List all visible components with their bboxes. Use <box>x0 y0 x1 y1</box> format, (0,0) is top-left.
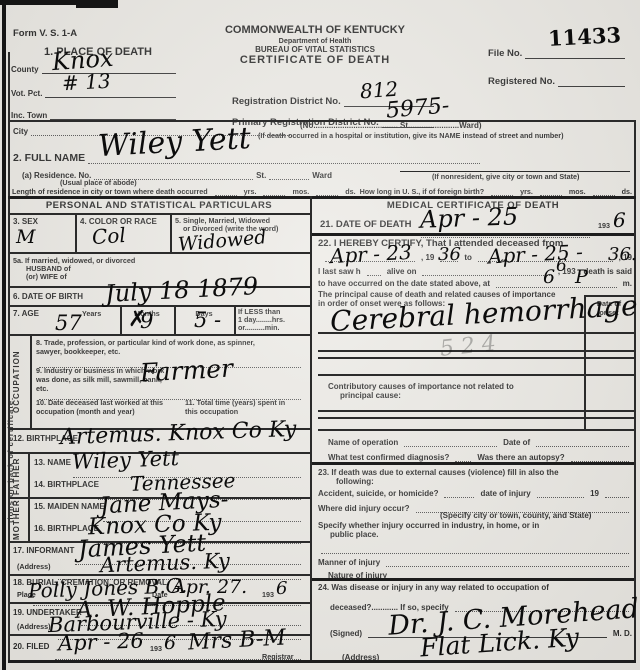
rule <box>8 252 310 254</box>
informant-addr-label: (Address) <box>17 562 51 571</box>
rule <box>8 196 636 199</box>
rule <box>8 52 10 662</box>
rule <box>30 334 32 428</box>
rule <box>634 120 636 662</box>
dod-year-printed: 193 <box>598 221 610 230</box>
mos-label: mos. <box>292 187 309 196</box>
full-name-value: Wiley Yett <box>97 124 251 162</box>
occurred-label: to have occurred on the date stated abov… <box>318 279 490 288</box>
registered-no-label: Registered No. <box>488 76 555 87</box>
father-bp-label: 14. BIRTHPLACE <box>34 480 99 489</box>
ds-label2: ds. <box>622 187 632 196</box>
to-year-value: 36. <box>608 246 637 264</box>
years-value: 57 <box>55 313 82 334</box>
writing-line <box>318 374 634 376</box>
saw-year-value: 6 <box>556 258 567 275</box>
rule <box>8 213 310 215</box>
date-of-label: Date of <box>503 438 530 447</box>
test-row: What test confirmed diagnosis? Was there… <box>328 452 632 462</box>
where-label: Where did injury occur? <box>318 504 410 513</box>
injury-19-label: 19 <box>590 489 599 498</box>
yrs-label2: yrs. <box>520 187 533 196</box>
rule <box>312 578 634 581</box>
contributory-line1: Contributory causes of importance not re… <box>328 382 514 391</box>
rule <box>234 305 236 334</box>
yrs-label: yrs. <box>244 187 257 196</box>
operation-label: Name of operation <box>328 438 398 447</box>
mother-vertical-label: MOTHER <box>12 500 21 540</box>
father-name-value: Wiley Yett <box>72 448 180 473</box>
md-label: M. D. <box>613 629 632 638</box>
m-label: m. <box>623 279 632 288</box>
item11-label: 11. Total time (years) spent in this occ… <box>185 398 295 416</box>
leader <box>593 186 615 196</box>
dod-value: Apr - 25 <box>420 204 519 231</box>
city-label: City <box>13 127 28 136</box>
specify-whether-line1: Specify whether injury occurred in indus… <box>318 521 539 530</box>
undertaker-addr-label: (Address) <box>17 622 51 631</box>
st-line <box>269 170 309 180</box>
vot-pct-label: Vot. Pct. <box>11 89 42 98</box>
last-saw-label: I last saw h <box>318 267 361 276</box>
leader <box>215 186 237 196</box>
rule <box>8 305 310 307</box>
death-certificate-scan: tions on back of certificate. Form V. S.… <box>0 0 640 670</box>
color-value: Col <box>91 225 126 247</box>
informant-addr-value: Artemus. Ky <box>100 551 231 577</box>
burial-year-value: 6 <box>276 580 287 598</box>
leader <box>404 437 497 447</box>
leader <box>316 186 338 196</box>
contributory-line2: principal cause: <box>340 391 401 400</box>
primary-district-value: 5975- <box>385 95 450 122</box>
rule <box>312 462 634 465</box>
vot-pct-value: # 13 <box>62 71 112 94</box>
ds-label: ds. <box>345 187 355 196</box>
test-label: What test confirmed diagnosis? <box>328 453 449 462</box>
to-label: to <box>464 253 472 262</box>
length-residence-row: Length of residence in city or town wher… <box>12 186 632 196</box>
item24-line1: 24. Was disease or injury in any way rel… <box>318 583 549 592</box>
leader <box>444 488 474 498</box>
leader <box>386 557 629 567</box>
full-name-label: 2. FULL NAME <box>13 152 85 164</box>
item10-label: 10. Date deceased last worked at this oc… <box>36 398 171 416</box>
rule <box>28 497 30 541</box>
inc-town-line <box>50 110 176 120</box>
dob-value: July 18 1879 <box>104 274 258 306</box>
hospital-note: (If death occurred in a hospital or inst… <box>258 131 564 140</box>
nonresident-note: (If nonresident, give city or town and S… <box>432 172 579 181</box>
st-label: St. <box>256 171 266 180</box>
mother-name-label: 15. MAIDEN NAME <box>34 502 105 511</box>
county-label: County <box>11 65 39 74</box>
rule <box>28 452 30 497</box>
bureau-line: BUREAU OF VITAL STATISTICS <box>190 45 440 54</box>
from-year-value: 36 <box>438 246 461 264</box>
specify-city-note: (Specify city or town, county, and State… <box>440 511 591 520</box>
rule <box>400 171 630 172</box>
rule <box>8 334 310 336</box>
department-line: Department of Health <box>190 36 440 45</box>
industry-value: Farmer <box>139 356 233 386</box>
less-note-3: or..........min. <box>238 323 280 332</box>
father-name-label: 13. NAME <box>34 458 71 467</box>
from-date-value: Apr - 23 <box>330 242 413 266</box>
file-no-line <box>525 49 625 59</box>
marital-value: Widowed <box>177 228 267 255</box>
leader <box>537 488 584 498</box>
ditto-mark: ″ <box>500 258 506 274</box>
inc-town-row: Inc. Town <box>11 110 179 120</box>
item5a-line3: (or) WIFE of <box>26 272 67 281</box>
leader <box>540 186 562 196</box>
registered-no-row: Registered No. <box>488 76 628 87</box>
leader <box>321 544 629 554</box>
registered-no-line <box>558 77 625 87</box>
leader <box>491 186 513 196</box>
item23-line2: following: <box>336 477 374 486</box>
file-no-value: 11433 <box>548 24 622 49</box>
days-value: 5 - <box>194 310 221 331</box>
manner-row: Manner of injury <box>318 557 632 567</box>
rule <box>312 233 634 236</box>
foreign-label: How long in U. S., if of foreign birth? <box>360 187 485 196</box>
length-label: Length of residence in city or town wher… <box>12 187 208 196</box>
father-vertical-label: FATHER <box>12 456 21 496</box>
age-label: 7. AGE <box>13 309 39 318</box>
signed-label: (Signed) <box>330 629 362 638</box>
writing-line <box>318 429 634 431</box>
ampm-value: P <box>575 268 588 287</box>
autopsy-label: Was there an autopsy? <box>477 453 564 462</box>
leader <box>422 266 551 276</box>
accident-row: Accident, suicide, or homicide? date of … <box>318 488 632 498</box>
sex-value: M <box>16 228 35 247</box>
rule <box>174 305 176 334</box>
file-no-label: File No. <box>488 48 522 59</box>
reg-district-label: Registration District No. <box>232 96 341 107</box>
header-center: COMMONWEALTH OF KENTUCKY Department of H… <box>190 24 440 66</box>
leader <box>605 488 629 498</box>
occupation-vertical-label: OCCUPATION <box>12 344 21 420</box>
filed-label: 20. FILED <box>13 642 49 651</box>
writing-line <box>318 417 634 419</box>
dod-year-value: 6 <box>613 210 626 230</box>
filed-year-value: 6 <box>164 634 176 653</box>
item23-line1: 23. If death was due to external causes … <box>318 468 559 477</box>
rule <box>120 305 122 334</box>
scan-artifact-blob <box>76 0 118 8</box>
personal-title: PERSONAL AND STATISTICAL PARTICULARS <box>8 200 310 211</box>
manner-label: Manner of injury <box>318 558 380 567</box>
leader <box>367 266 381 276</box>
operation-row: Name of operation Date of <box>328 437 632 447</box>
scan-edge-line <box>2 0 6 670</box>
leader <box>571 452 629 462</box>
rule <box>75 213 77 252</box>
dod-label: 21. DATE OF DEATH <box>320 219 412 230</box>
informant-label: 17. INFORMANT <box>13 546 74 555</box>
specify-whether-line2: public place. <box>330 530 378 539</box>
accident-label: Accident, suicide, or homicide? <box>318 489 438 498</box>
leader <box>536 437 629 447</box>
from-year-printed: , 19 <box>421 253 434 262</box>
rule <box>8 120 636 122</box>
faint-pencil-mark: 5 2 4 <box>439 333 497 361</box>
inc-town-label: Inc. Town <box>11 111 47 120</box>
dob-label: 6. DATE OF BIRTH <box>13 292 83 301</box>
column-divider <box>310 196 312 662</box>
rule <box>8 660 636 663</box>
injury-date-label: date of injury <box>480 489 530 498</box>
form-number: Form V. S. 1-A <box>13 28 77 39</box>
leader <box>455 452 471 462</box>
hour-value: 6 <box>543 268 555 287</box>
sex-label: 3. SEX <box>13 217 38 226</box>
alive-on-label: alive on <box>387 267 417 276</box>
leader <box>263 186 285 196</box>
filed-date-value: Apr - 26 <box>58 631 145 655</box>
commonwealth-title: COMMONWEALTH OF KENTUCKY <box>190 24 440 36</box>
years-label: Years <box>82 309 101 318</box>
certificate-title: CERTIFICATE OF DEATH <box>190 54 440 66</box>
rule <box>170 213 172 252</box>
ward-label: Ward <box>312 171 332 180</box>
filed-by-value: Mrs B-M <box>187 627 286 654</box>
leader <box>496 278 617 288</box>
writing-line <box>318 410 634 412</box>
mos-label2: mos. <box>569 187 586 196</box>
months-strike-mark: ✗ <box>128 309 146 331</box>
